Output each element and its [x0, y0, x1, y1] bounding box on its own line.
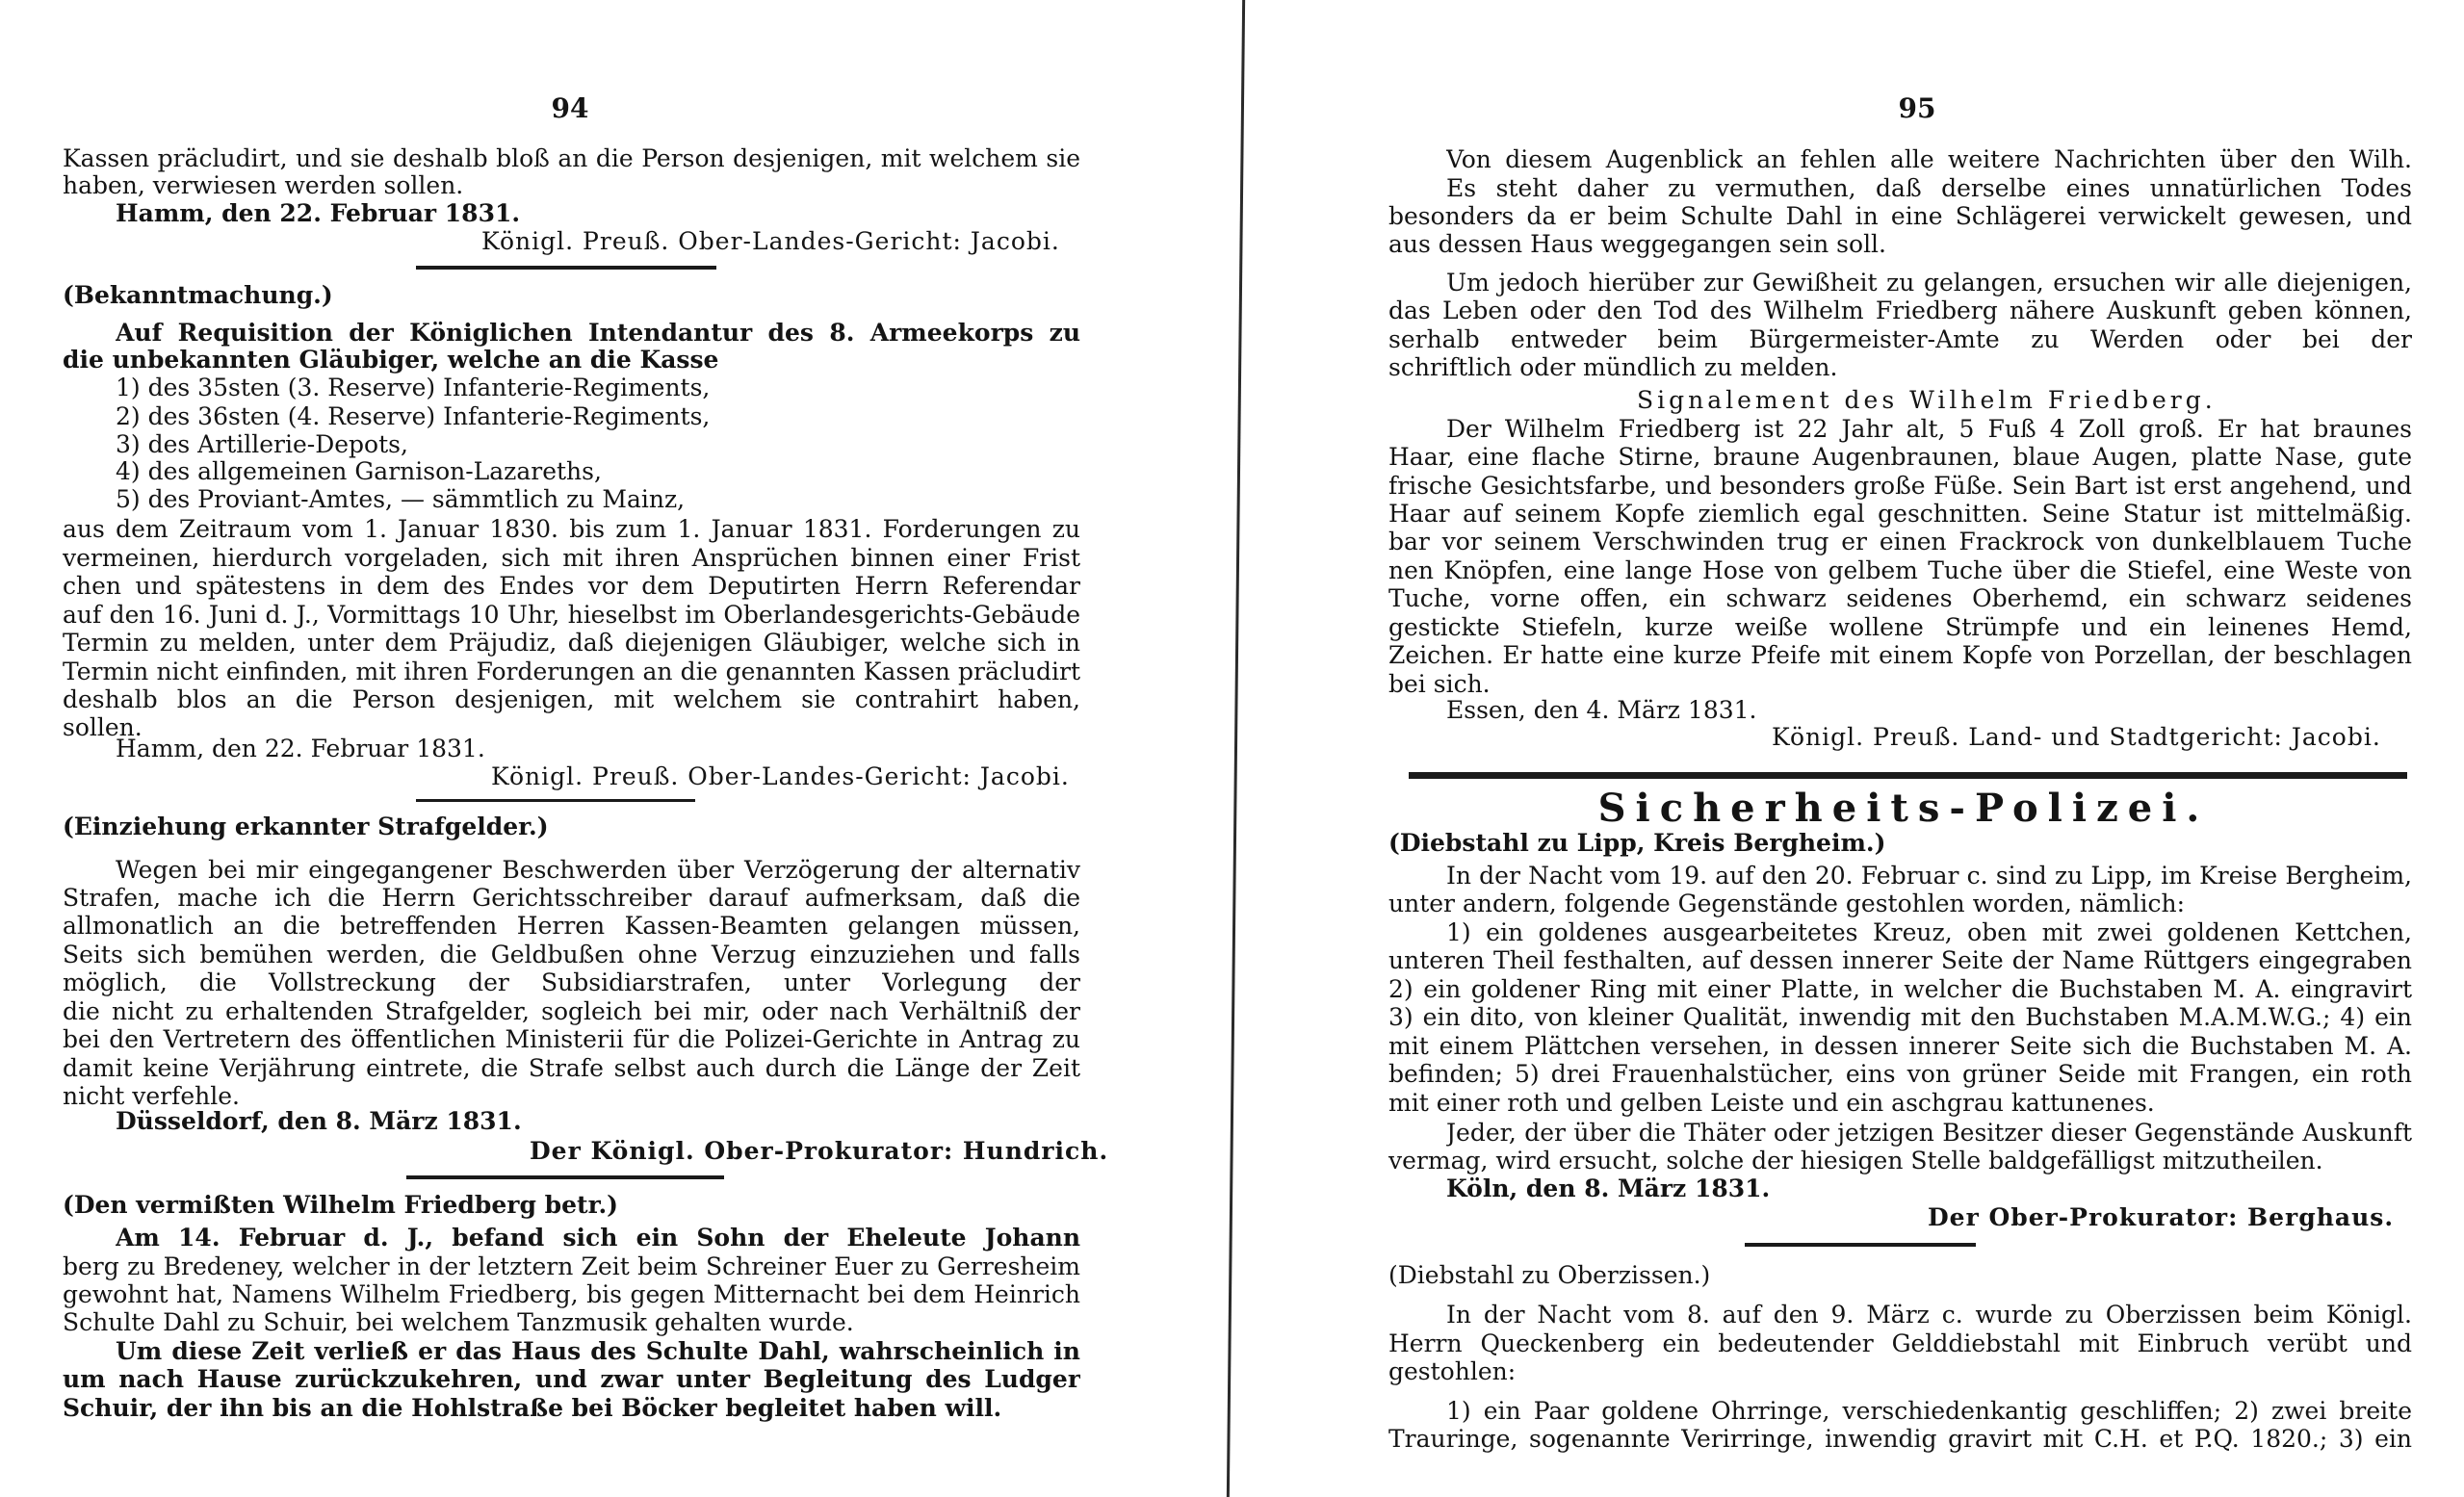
- text-line: Termin nicht einfinden, mit ihren Forder…: [63, 658, 1080, 685]
- text-line: unteren Theil festhalten, auf dessen inn…: [1388, 946, 2412, 974]
- page-number: 94: [552, 92, 589, 124]
- section-title: Sicherheits-Polizei.: [1598, 786, 2210, 831]
- right-page: 95 Von diesem Augenblick an fehlen alle …: [1242, 0, 2464, 1497]
- text-line: Termin zu melden, unter dem Präjudiz, da…: [63, 629, 1080, 657]
- left-page: 94 Kassen präcludirt, und sie deshalb bl…: [0, 0, 1231, 1497]
- text-line: auf den 16. Juni d. J., Vormittags 10 Uh…: [63, 601, 1080, 629]
- text-line: Haar auf seinem Kopfe ziemlich egal gesc…: [1388, 500, 2412, 528]
- text-line: serhalb entweder beim Bürgermeister-Amte…: [1388, 325, 2412, 353]
- signature: Königl. Preuß. Land- und Stadtgericht: J…: [1772, 723, 2381, 751]
- text-line: chen und spätestens in dem des Endes vor…: [63, 572, 1080, 600]
- text-line: besonders da er beim Schulte Dahl in ein…: [1388, 202, 2412, 230]
- text-line: Am 14. Februar d. J., befand sich ein So…: [116, 1224, 1080, 1252]
- text-line: Schulte Dahl zu Schuir, bei welchem Tanz…: [63, 1308, 854, 1336]
- text-line: deshalb blos an die Person desjenigen, m…: [63, 685, 1080, 713]
- list-item: 5) des Proviant-Amtes, — sämmtlich zu Ma…: [116, 485, 685, 513]
- text-line: berg zu Bredeney, welcher in der letzter…: [63, 1252, 1080, 1280]
- text-line: frische Gesichtsfarbe, und besonders gro…: [1388, 472, 2412, 500]
- text-line: Auf Requisition der Königlichen Intendan…: [116, 319, 1080, 347]
- section-heading: (Bekanntmachung.): [63, 281, 333, 309]
- text-line: vermag, wird ersucht, solche der hiesige…: [1388, 1147, 2323, 1174]
- text-line: die nicht zu erhaltenden Strafgelder, so…: [63, 997, 1080, 1025]
- text-line: 2) ein goldener Ring mit einer Platte, i…: [1388, 975, 2412, 1003]
- list-item: 2) des 36sten (4. Reserve) Infanterie-Re…: [116, 402, 710, 430]
- signature: Der Königl. Ober-Prokurator: Hundrich.: [530, 1137, 1108, 1165]
- text-line: Herrn Queckenberg ein bedeutender Gelddi…: [1388, 1329, 2412, 1357]
- place-date: Essen, den 4. März 1831.: [1446, 696, 1757, 724]
- signature: Königl. Preuß. Ober-Landes-Gericht: Jaco…: [481, 227, 1060, 255]
- subheading: Signalement des Wilhelm Friedberg.: [1637, 386, 2217, 414]
- text-line: Um jedoch hierüber zur Gewißheit zu gela…: [1446, 269, 2412, 297]
- text-line: Tuche, vorne offen, ein schwarz seidenes…: [1388, 584, 2412, 612]
- text-line: In der Nacht vom 19. auf den 20. Februar…: [1446, 862, 2412, 890]
- text-line: gestohlen:: [1388, 1357, 1516, 1385]
- text-line: Es steht daher zu vermuthen, daß derselb…: [1446, 174, 2412, 202]
- text-line: befinden; 5) drei Frauenhalstücher, eins…: [1388, 1060, 2412, 1088]
- list-item: 4) des allgemeinen Garnison-Lazareths,: [116, 457, 602, 485]
- list-item: 1) des 35sten (3. Reserve) Infanterie-Re…: [116, 374, 710, 401]
- separator-rule: [416, 799, 695, 802]
- text-line: damit keine Verjährung eintrete, die Str…: [63, 1054, 1080, 1082]
- section-heading: (Den vermißten Wilhelm Friedberg betr.): [63, 1191, 618, 1219]
- signature: Der Ober-Prokurator: Berghaus.: [1928, 1203, 2394, 1231]
- text-line: Jeder, der über die Thäter oder jetzigen…: [1446, 1119, 2412, 1147]
- text-line: vermeinen, hierdurch vorgeladen, sich mi…: [63, 544, 1080, 572]
- text-line: mit einer roth und gelben Leiste und ein…: [1388, 1089, 2155, 1117]
- section-heading: (Diebstahl zu Oberzissen.): [1388, 1261, 1710, 1289]
- text-line: schriftlich oder mündlich zu melden.: [1388, 353, 1837, 381]
- text-line: bar vor seinem Verschwinden trug er eine…: [1388, 528, 2412, 555]
- text-line: Kassen präcludirt, und sie deshalb bloß …: [63, 144, 1080, 172]
- text-line: Wegen bei mir eingegangener Beschwerden …: [116, 856, 1080, 884]
- text-line: Der Wilhelm Friedberg ist 22 Jahr alt, 5…: [1446, 415, 2412, 443]
- place-date: Köln, den 8. März 1831.: [1446, 1174, 1770, 1202]
- text-line: bei sich.: [1388, 670, 1491, 698]
- text-line: gestickte Stiefeln, kurze weiße wollene …: [1388, 613, 2412, 641]
- place-date: Düsseldorf, den 8. März 1831.: [116, 1107, 522, 1135]
- text-line: Zeichen. Er hatte eine kurze Pfeife mit …: [1388, 641, 2412, 669]
- place-date: Hamm, den 22. Februar 1831.: [116, 199, 520, 227]
- text-line: haben, verwiesen werden sollen.: [63, 171, 463, 199]
- page-number: 95: [1899, 92, 1936, 124]
- text-line: nen Knöpfen, eine lange Hose von gelbem …: [1388, 556, 2412, 584]
- text-line: um nach Hause zurückzukehren, und zwar u…: [63, 1365, 1080, 1393]
- section-rule: [1409, 772, 2407, 779]
- text-line: mit einem Plättchen versehen, in dessen …: [1388, 1032, 2412, 1060]
- place-date: Hamm, den 22. Februar 1831.: [116, 735, 485, 762]
- text-line: Von diesem Augenblick an fehlen alle wei…: [1446, 145, 2412, 173]
- text-line: die unbekannten Gläubiger, welche an die…: [63, 346, 718, 374]
- text-line: unter andern, folgende Gegenstände gesto…: [1388, 890, 2185, 917]
- text-line: das Leben oder den Tod des Wilhelm Fried…: [1388, 297, 2412, 324]
- text-line: möglich, die Vollstreckung der Subsidiar…: [63, 968, 1080, 996]
- text-line: aus dem Zeitraum vom 1. Januar 1830. bis…: [63, 515, 1080, 543]
- text-line: gewohnt hat, Namens Wilhelm Friedberg, b…: [63, 1280, 1080, 1308]
- text-line: Um diese Zeit verließ er das Haus des Sc…: [116, 1337, 1080, 1365]
- text-line: Schuir, der ihn bis an die Hohlstraße be…: [63, 1394, 1001, 1422]
- section-heading: (Einziehung erkannter Strafgelder.): [63, 813, 549, 840]
- text-line: bei den Vertretern des öffentlichen Mini…: [63, 1025, 1080, 1053]
- text-line: Strafen, mache ich die Herrn Gerichtssch…: [63, 884, 1080, 912]
- text-line: nicht verfehle.: [63, 1082, 240, 1110]
- separator-rule: [1745, 1243, 1976, 1247]
- section-heading: (Diebstahl zu Lipp, Kreis Bergheim.): [1388, 829, 1885, 857]
- list-item: 3) des Artillerie-Depots,: [116, 430, 408, 458]
- text-line: aus dessen Haus weggegangen sein soll.: [1388, 230, 1886, 258]
- text-line: Seits sich bemühen werden, die Geldbußen…: [63, 941, 1080, 968]
- text-line: Trauringe, sogenannte Verirringe, inwend…: [1388, 1425, 2412, 1453]
- separator-rule: [406, 1175, 724, 1179]
- text-line: Haar, eine flache Stirne, braune Augenbr…: [1388, 443, 2412, 471]
- text-line: In der Nacht vom 8. auf den 9. März c. w…: [1446, 1301, 2412, 1329]
- signature: Königl. Preuß. Ober-Landes-Gericht: Jaco…: [491, 762, 1070, 790]
- text-line: 3) ein dito, von kleiner Qualität, inwen…: [1388, 1003, 2412, 1031]
- text-line: 1) ein goldenes ausgearbeitetes Kreuz, o…: [1446, 918, 2412, 946]
- separator-rule: [416, 266, 716, 270]
- text-line: 1) ein Paar goldene Ohrringe, verschiede…: [1446, 1397, 2412, 1425]
- text-line: allmonatlich an die betreffenden Herren …: [63, 912, 1080, 940]
